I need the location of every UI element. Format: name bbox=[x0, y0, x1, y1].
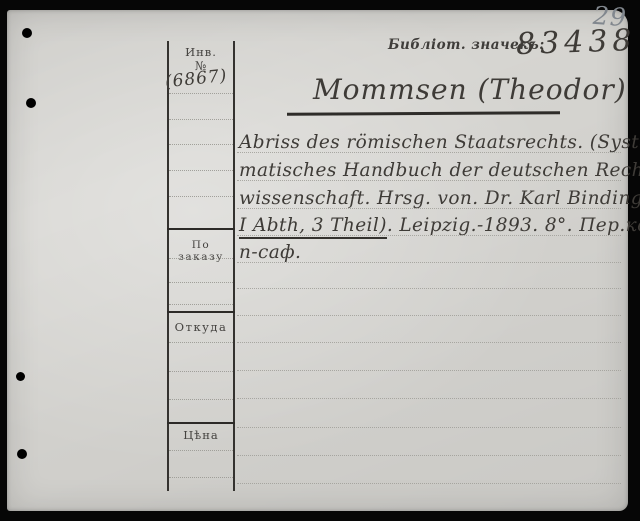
page-number-pencil: 29 bbox=[592, 1, 628, 32]
author-heading: Mommsen (Theodor) bbox=[313, 73, 627, 106]
column-ruled-line bbox=[169, 170, 233, 171]
ruled-line bbox=[237, 288, 621, 289]
entry-line-4: I Abth, 3 Theil). Leipzig.-1893. 8°. Пер… bbox=[239, 215, 640, 236]
column-section-divider bbox=[167, 228, 235, 230]
ruled-line bbox=[237, 208, 621, 209]
ruled-line bbox=[237, 262, 621, 263]
column-ruled-line bbox=[169, 93, 233, 94]
ruled-line bbox=[237, 398, 621, 399]
column-ruled-line bbox=[169, 371, 233, 372]
column-ruled-line bbox=[169, 282, 233, 283]
ruled-line bbox=[237, 483, 621, 484]
punch-hole bbox=[16, 372, 25, 381]
column-ruled-line bbox=[169, 399, 233, 400]
ruled-line bbox=[237, 315, 621, 316]
column-ruled-line bbox=[169, 477, 233, 478]
column-ruled-line bbox=[169, 196, 233, 197]
entry-line-2: matisches Handbuch der deutschen Rechts- bbox=[239, 160, 640, 181]
ruled-line bbox=[237, 180, 621, 181]
price-label: Цѣна bbox=[169, 428, 233, 442]
origin-label: Откуда bbox=[169, 320, 233, 334]
punch-hole bbox=[26, 98, 36, 108]
order-label: По заказу bbox=[169, 239, 233, 263]
ruled-line bbox=[237, 235, 621, 236]
scanned-catalog-card-photo: Инв. № (6867) По заказу Откуда Цѣна Библ… bbox=[0, 0, 640, 521]
entry-line-3: wissenschaft. Hrsg. von. Dr. Karl Bindin… bbox=[239, 188, 640, 209]
ruled-line bbox=[237, 427, 621, 428]
column-ruled-line bbox=[169, 450, 233, 451]
punch-hole bbox=[22, 28, 32, 38]
ruled-line bbox=[237, 342, 621, 343]
entry-line-4-rest: . Leipzig.-1893. 8°. Пер.кор. bbox=[387, 215, 640, 236]
column-section-divider bbox=[167, 422, 235, 424]
column-ruled-line bbox=[169, 119, 233, 120]
column-ruled-line bbox=[169, 304, 233, 305]
column-ruled-line bbox=[169, 258, 233, 259]
column-ruled-line bbox=[169, 144, 233, 145]
inventory-number-label: Инв. bbox=[169, 45, 233, 59]
punch-hole bbox=[17, 449, 27, 459]
entry-line-5: п-саф. bbox=[239, 242, 301, 263]
ruled-line bbox=[237, 455, 621, 456]
entry-line-1: Abriss des römischen Staatsrechts. (Syst… bbox=[239, 132, 640, 153]
ruled-line bbox=[237, 152, 621, 153]
ruled-line bbox=[237, 370, 621, 371]
column-ruled-line bbox=[169, 342, 233, 343]
column-section-divider bbox=[167, 311, 235, 313]
